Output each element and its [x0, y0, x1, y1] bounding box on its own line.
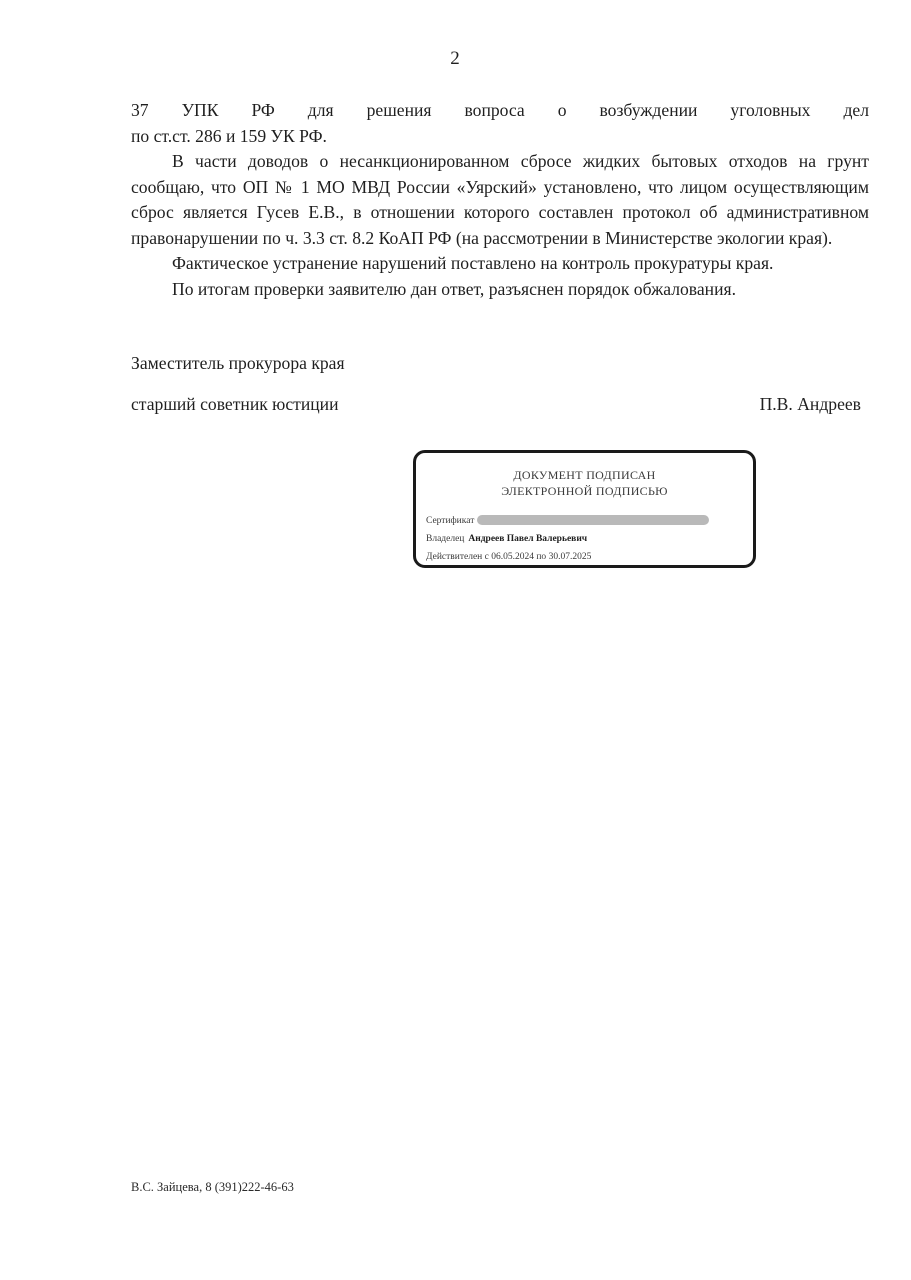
stamp-validity-row: Действителен с 06.05.2024 по 30.07.2025: [426, 551, 591, 563]
valid-to-date: 30.07.2025: [549, 552, 592, 562]
certificate-label: Сертификат: [426, 516, 474, 526]
signature-position-row: Заместитель прокурора края: [131, 351, 861, 376]
valid-from-date: 06.05.2024: [491, 552, 534, 562]
certificate-redaction-bar: [477, 515, 709, 525]
signature-rank-row: старший советник юстиции П.В. Андреев: [131, 392, 861, 417]
electronic-signature-stamp: ДОКУМЕНТ ПОДПИСАН ЭЛЕКТРОННОЙ ПОДПИСЬЮ С…: [413, 450, 756, 568]
signer-name: П.В. Андреев: [760, 392, 861, 417]
valid-from-prefix: с: [485, 552, 489, 562]
paragraph-result: По итогам проверки заявителю дан ответ, …: [131, 277, 869, 303]
paragraph-waste-discharge: В части доводов о несанкционированном сб…: [131, 149, 869, 251]
valid-label: Действителен: [426, 552, 482, 562]
letter-body: 37 УПК РФ для решения вопроса о возбужде…: [131, 98, 869, 302]
stamp-certificate-row: Сертификат: [426, 515, 709, 527]
signer-position: Заместитель прокурора края: [131, 351, 345, 376]
stamp-owner-row: ВладелецАндреев Павел Валерьевич: [426, 533, 587, 545]
owner-name: Андреев Павел Валерьевич: [468, 534, 587, 544]
executor-contact: В.С. Зайцева, 8 (391)222-46-63: [131, 1180, 294, 1195]
stamp-title-line2: ЭЛЕКТРОННОЙ ПОДПИСЬЮ: [416, 483, 753, 499]
paragraph-continuation-line2: по ст.ст. 286 и 159 УК РФ.: [131, 124, 869, 150]
stamp-title-line1: ДОКУМЕНТ ПОДПИСАН: [416, 467, 753, 483]
paragraph-control: Фактическое устранение нарушений поставл…: [131, 251, 869, 277]
page-number: 2: [0, 48, 911, 70]
valid-to-prefix: по: [536, 552, 546, 562]
stamp-title: ДОКУМЕНТ ПОДПИСАН ЭЛЕКТРОННОЙ ПОДПИСЬЮ: [416, 467, 753, 499]
signer-rank: старший советник юстиции: [131, 392, 338, 417]
paragraph-continuation-line1: 37 УПК РФ для решения вопроса о возбужде…: [131, 98, 869, 124]
signature-block: Заместитель прокурора края старший совет…: [131, 351, 861, 417]
owner-label: Владелец: [426, 534, 464, 544]
